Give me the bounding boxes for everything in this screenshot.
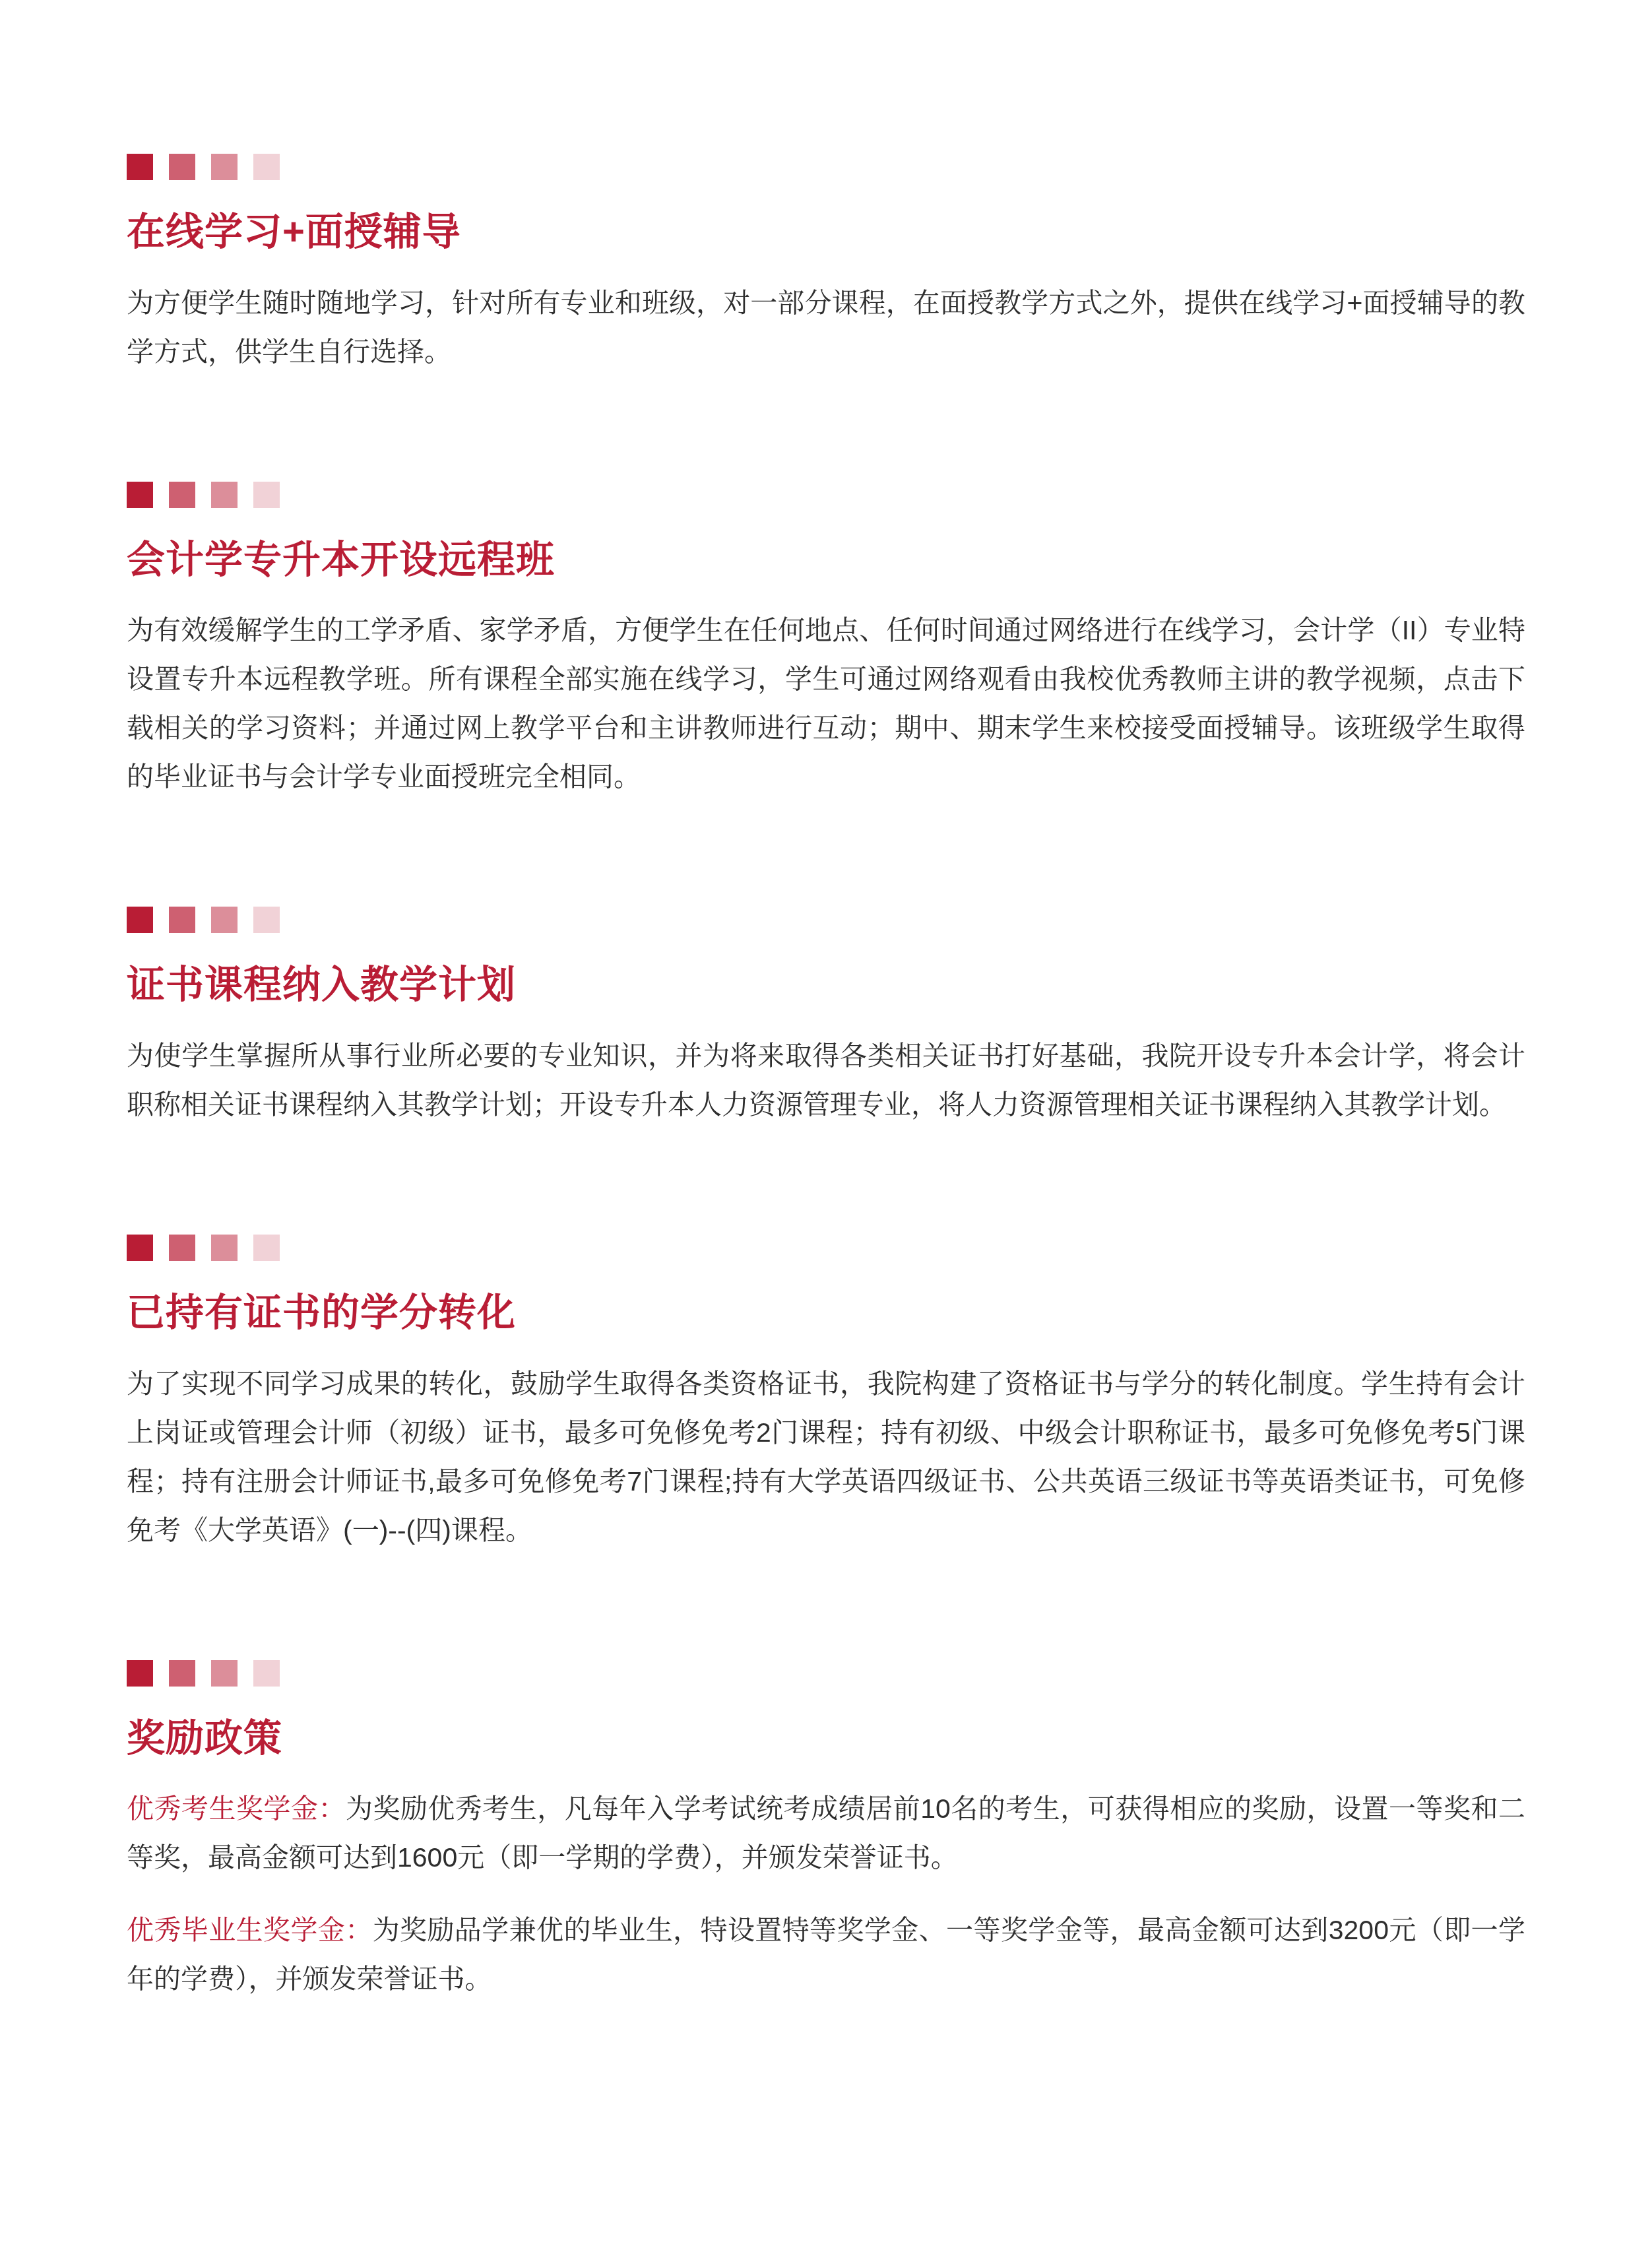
paragraph-label: 优秀考生奖学金： (127, 1793, 346, 1824)
section-title: 证书课程纳入教学计划 (127, 963, 1525, 1008)
marker-square-icon (211, 907, 238, 933)
section-paragraph-excellent-candidate-scholarship: 优秀考生奖学金：为奖励优秀考生，凡每年入学考试统考成绩居前10名的考生，可获得相… (127, 1784, 1525, 1882)
marker-square-icon (127, 907, 153, 933)
marker-square-icon (169, 154, 195, 180)
section-title: 在线学习+面授辅导 (127, 210, 1525, 255)
section-title: 已持有证书的学分转化 (127, 1291, 1525, 1335)
marker-square-icon (169, 1235, 195, 1261)
document-page: 在线学习+面授辅导 为方便学生随时随地学习，针对所有专业和班级，对一部分课程，在… (0, 0, 1652, 2252)
section-paragraph-excellent-graduate-scholarship: 优秀毕业生奖学金：为奖励品学兼优的毕业生，特设置特等奖学金、一等奖学金等，最高金… (127, 1906, 1525, 2003)
marker-square-icon (127, 1660, 153, 1687)
section-online-learning: 在线学习+面授辅导 为方便学生随时随地学习，针对所有专业和班级，对一部分课程，在… (127, 154, 1525, 376)
section-title: 奖励政策 (127, 1717, 1525, 1761)
section-paragraph: 为有效缓解学生的工学矛盾、家学矛盾，方便学生在任何地点、任何时间通过网络进行在线… (127, 606, 1525, 801)
section-accounting-remote-class: 会计学专升本开设远程班 为有效缓解学生的工学矛盾、家学矛盾，方便学生在任何地点、… (127, 482, 1525, 802)
section-reward-policy: 奖励政策 优秀考生奖学金：为奖励优秀考生，凡每年入学考试统考成绩居前10名的考生… (127, 1660, 1525, 2004)
marker-square-icon (211, 154, 238, 180)
section-marker (127, 1235, 1525, 1261)
section-credit-conversion: 已持有证书的学分转化 为了实现不同学习成果的转化，鼓励学生取得各类资格证书，我院… (127, 1235, 1525, 1555)
section-marker (127, 482, 1525, 508)
marker-square-icon (127, 482, 153, 508)
marker-square-icon (253, 907, 280, 933)
section-paragraph: 为方便学生随时随地学习，针对所有专业和班级，对一部分课程，在面授教学方式之外，提… (127, 278, 1525, 376)
marker-square-icon (169, 1660, 195, 1687)
section-paragraph: 为了实现不同学习成果的转化，鼓励学生取得各类资格证书，我院构建了资格证书与学分的… (127, 1359, 1525, 1555)
section-marker (127, 1660, 1525, 1687)
marker-square-icon (253, 1235, 280, 1261)
marker-square-icon (169, 907, 195, 933)
marker-square-icon (253, 482, 280, 508)
marker-square-icon (253, 154, 280, 180)
paragraph-label: 优秀毕业生奖学金： (127, 1915, 373, 1945)
section-marker (127, 154, 1525, 180)
marker-square-icon (253, 1660, 280, 1687)
section-title: 会计学专升本开设远程班 (127, 538, 1525, 583)
marker-square-icon (211, 1235, 238, 1261)
section-certificate-courses: 证书课程纳入教学计划 为使学生掌握所从事行业所必要的专业知识，并为将来取得各类相… (127, 907, 1525, 1129)
section-marker (127, 907, 1525, 933)
marker-square-icon (211, 1660, 238, 1687)
marker-square-icon (211, 482, 238, 508)
section-paragraph: 为使学生掌握所从事行业所必要的专业知识，并为将来取得各类相关证书打好基础，我院开… (127, 1031, 1525, 1129)
marker-square-icon (169, 482, 195, 508)
marker-square-icon (127, 154, 153, 180)
marker-square-icon (127, 1235, 153, 1261)
